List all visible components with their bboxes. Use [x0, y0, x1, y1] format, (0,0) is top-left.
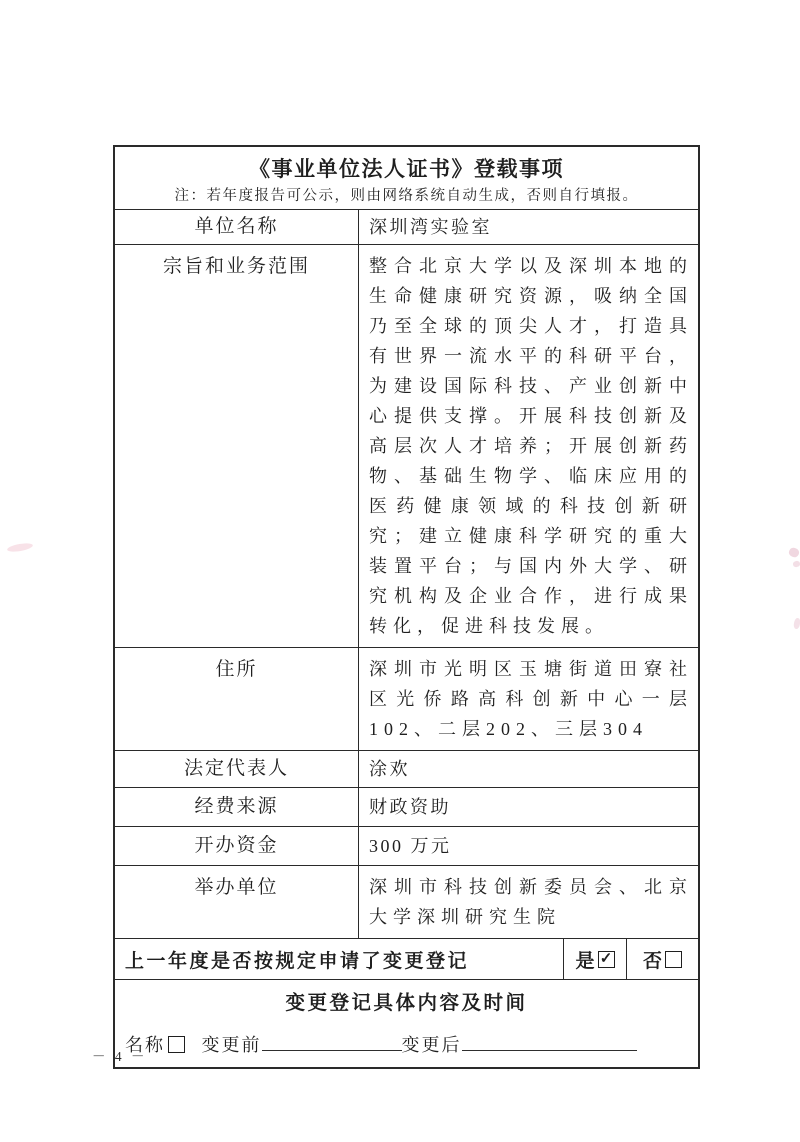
table-row-change-question: 上一年度是否按规定申请了变更登记 是✓ 否: [115, 938, 698, 979]
table-row-scope: 宗旨和业务范围 整合北京大学以及深圳本地的生命健康研究资源，吸纳全国乃至全球的顶…: [115, 244, 698, 647]
table-row-organizer: 举办单位 深圳市科技创新委员会、北京大学深圳研究生院: [115, 865, 698, 938]
value-funding-source: 财政资助: [359, 788, 698, 826]
name-checkbox-unchecked[interactable]: [168, 1036, 185, 1053]
table-row-unit-name: 单位名称 深圳湾实验室: [115, 209, 698, 244]
change-detail-heading: 变更登记具体内容及时间: [125, 991, 688, 1017]
change-detail-cell: 变更登记具体内容及时间 名称 变更前变更后: [115, 980, 698, 1067]
table-row-change-detail: 变更登记具体内容及时间 名称 变更前变更后: [115, 979, 698, 1067]
table-title: 《事业单位法人证书》登载事项: [115, 156, 698, 182]
label-funding-source: 经费来源: [115, 788, 359, 826]
scan-artifact: [788, 546, 800, 558]
label-opening-capital: 开办资金: [115, 827, 359, 865]
label-address: 住所: [115, 648, 359, 750]
label-organizer: 举办单位: [115, 866, 359, 938]
change-question-text: 上一年度是否按规定申请了变更登记: [115, 939, 563, 979]
scan-artifact: [7, 542, 34, 553]
check-mark-icon: ✓: [599, 951, 614, 968]
table-row-funding-source: 经费来源 财政资助: [115, 787, 698, 826]
change-question-no-cell: 否: [626, 939, 698, 979]
value-scope: 整合北京大学以及深圳本地的生命健康研究资源，吸纳全国乃至全球的顶尖人才，打造具有…: [359, 245, 698, 647]
value-address: 深圳市光明区玉塘街道田寮社区光侨路高科创新中心一层102、二层202、三层304: [359, 648, 698, 750]
change-question-yes-cell: 是✓: [563, 939, 626, 979]
before-change-label: 变更前: [202, 1035, 262, 1055]
value-unit-name: 深圳湾实验室: [359, 210, 698, 244]
value-legal-representative: 涂欢: [359, 751, 698, 787]
table-row-legal-representative: 法定代表人 涂欢: [115, 750, 698, 787]
table-row-title: 《事业单位法人证书》登载事项 注：若年度报告可公示，则由网络系统自动生成，否则自…: [115, 147, 698, 209]
no-checkbox-unchecked[interactable]: [665, 951, 682, 968]
table-row-address: 住所 深圳市光明区玉塘街道田寮社区光侨路高科创新中心一层102、二层202、三层…: [115, 647, 698, 750]
scan-artifact: [792, 560, 800, 568]
page-number: － 4 －: [92, 1045, 148, 1065]
after-change-label: 变更后: [402, 1035, 462, 1055]
certificate-items-table: 《事业单位法人证书》登载事项 注：若年度报告可公示，则由网络系统自动生成，否则自…: [113, 145, 700, 1069]
yes-checkbox-checked[interactable]: ✓: [598, 951, 615, 968]
before-change-blank-field[interactable]: [262, 1035, 402, 1051]
label-scope: 宗旨和业务范围: [115, 245, 359, 647]
value-organizer: 深圳市科技创新委员会、北京大学深圳研究生院: [359, 866, 698, 938]
label-legal-representative: 法定代表人: [115, 751, 359, 787]
table-row-opening-capital: 开办资金 300 万元: [115, 826, 698, 865]
no-label: 否: [643, 946, 662, 973]
value-opening-capital: 300 万元: [359, 827, 698, 865]
yes-label: 是: [575, 946, 594, 973]
after-change-blank-field[interactable]: [462, 1035, 637, 1051]
label-unit-name: 单位名称: [115, 210, 359, 244]
table-note: 注：若年度报告可公示，则由网络系统自动生成，否则自行填报。: [115, 186, 698, 206]
change-detail-line: 名称 变更前变更后: [125, 1031, 688, 1057]
scan-artifact: [793, 618, 800, 630]
title-cell: 《事业单位法人证书》登载事项 注：若年度报告可公示，则由网络系统自动生成，否则自…: [115, 147, 698, 209]
